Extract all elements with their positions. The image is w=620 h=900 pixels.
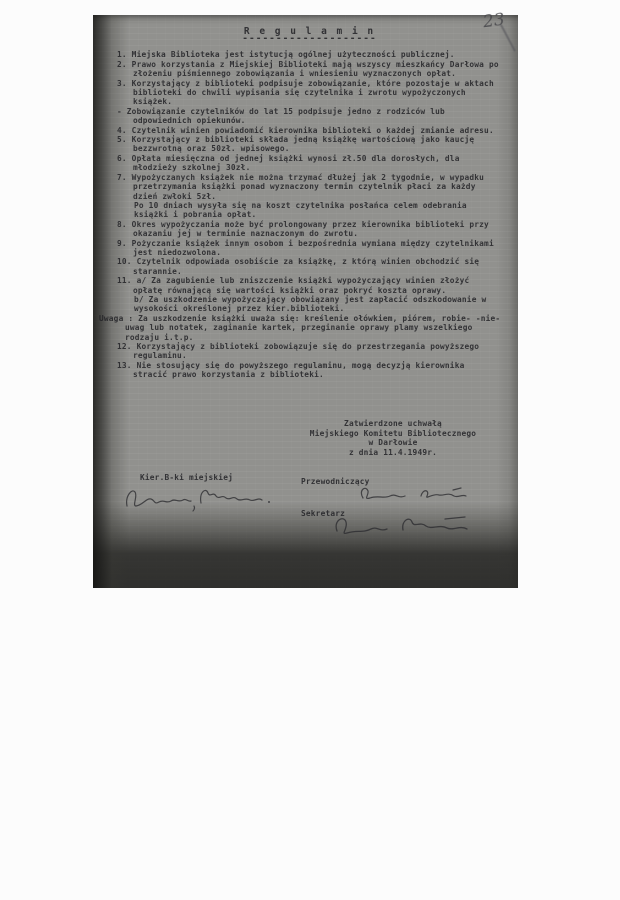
rule-item: 6. Opłata miesięczna od jednej książki w…: [117, 154, 502, 173]
rule-item: 8. Okres wypożyczania może być prolongow…: [117, 220, 502, 239]
scanned-page: R e g u l a m i n -------------------- 1…: [93, 15, 518, 588]
chairman-handwritten-signature: [353, 483, 471, 507]
rule-item: 2. Prawo korzystania z Miejskiej Bibliot…: [117, 60, 502, 79]
rule-item: 9. Pożyczanie książek innym osobom i bez…: [117, 239, 502, 258]
rule-item: - Zobowiązanie czytelników do lat 15 pod…: [117, 107, 502, 126]
approval-line: w Darłowie: [278, 438, 508, 448]
rule-item: Po 10 dniach wysyła się na koszt czyteln…: [134, 201, 502, 220]
rule-item: 10. Czytelnik odpowiada osobiście za ksi…: [117, 257, 502, 276]
typed-text-layer: R e g u l a m i n -------------------- 1…: [117, 23, 502, 380]
rule-item: 1. Miejska Biblioteka jest istytucją ogó…: [117, 50, 502, 59]
rule-item: 7. Wypożyczanych książek nie można trzym…: [117, 173, 502, 201]
rule-item: 4. Czytelnik winien powiadomić kierownik…: [117, 126, 502, 135]
rule-item: 5. Korzystający z biblioteki składa jedn…: [117, 135, 502, 154]
signature-area: Kier.B-ki miejskiej Przewodniczący Sekre…: [115, 467, 510, 562]
rule-item: Uwaga : Za uszkodzenie książki uważa się…: [99, 314, 502, 342]
rules-list: 1. Miejska Biblioteka jest istytucją ogó…: [117, 50, 502, 379]
handwritten-stroke: [500, 24, 516, 51]
manager-handwritten-signature: [123, 484, 283, 516]
rule-item: 13. Nie stosujący się do powyższego regu…: [117, 361, 502, 380]
title-underline: --------------------: [117, 36, 502, 41]
approval-line: Miejskiego Komitetu Bibliotecznego: [278, 429, 508, 439]
rule-item: 11. a/ Za zagubienie lub zniszczenie ksi…: [117, 276, 502, 295]
manager-signature-label: Kier.B-ki miejskiej: [140, 473, 233, 482]
approval-line: Zatwierdzone uchwałą: [278, 419, 508, 429]
secretary-handwritten-signature: [327, 513, 477, 543]
rule-item: b/ Za uszkodzenie wypożyczający obowiąza…: [134, 295, 502, 314]
approval-block: Zatwierdzone uchwałą Miejskiego Komitetu…: [278, 419, 508, 457]
rule-item: 3. Korzystający z biblioteki podpisuje z…: [117, 79, 502, 107]
rule-item: 12. Korzystający z biblioteki zobowiązuj…: [117, 342, 502, 361]
approval-line: z dnia 11.4.1949r.: [278, 448, 508, 458]
